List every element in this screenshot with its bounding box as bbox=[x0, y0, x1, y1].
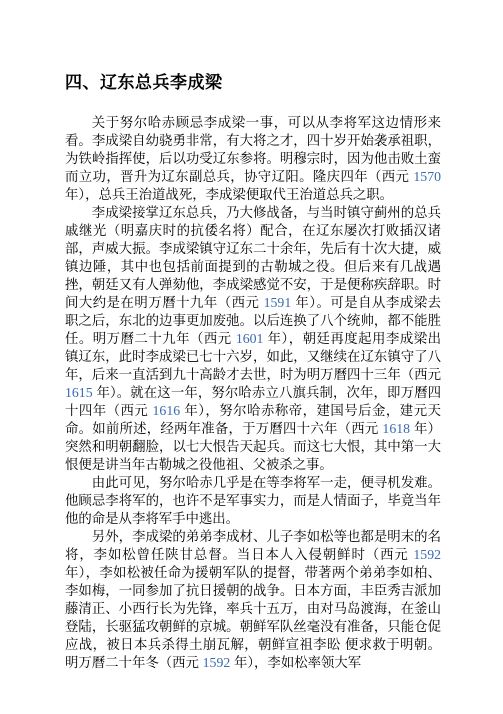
year-number: 1592 bbox=[203, 655, 231, 670]
paragraph: 另外，李成梁的弟弟李成材、儿子李如松等也都是明末的名将，李如松曾任陕甘总督。当日… bbox=[65, 528, 441, 672]
text-run: 年），李如松率领大军 bbox=[230, 655, 361, 670]
text-run: 另外，李成梁的弟弟李成材、儿子李如松等也都是明末的名将，李如松曾任陕甘总督。当日… bbox=[65, 529, 441, 562]
document-title: 四、辽东总兵李成梁 bbox=[65, 73, 441, 92]
year-number: 1615 bbox=[65, 385, 93, 400]
year-number: 1570 bbox=[413, 169, 441, 184]
year-number: 1616 bbox=[153, 403, 181, 418]
year-number: 1618 bbox=[382, 421, 410, 436]
text-run: 年），总兵王治道战死，李成梁便取代王治道总兵之职。 bbox=[65, 187, 393, 202]
paragraph: 由此可见，努尔哈赤几乎是在等李将军一走，便寻机发难。他顾忌李将军的，也许不是军事… bbox=[65, 474, 441, 528]
document-content: 四、辽东总兵李成梁 关于努尔哈赤顾忌李成梁一事，可以从李将军这边情形来看。李成梁… bbox=[65, 73, 441, 672]
text-run: 关于努尔哈赤顾忌李成梁一事，可以从李将军这边情形来看。李成梁自幼骁勇非常，有大将… bbox=[65, 115, 441, 184]
text-run: 由此可见，努尔哈赤几乎是在等李将军一走，便寻机发难。他顾忌李将军的，也许不是军事… bbox=[65, 475, 441, 526]
year-number: 1601 bbox=[236, 331, 264, 346]
document-page: 四、辽东总兵李成梁 关于努尔哈赤顾忌李成梁一事，可以从李将军这边情形来看。李成梁… bbox=[0, 0, 503, 714]
document-body: 关于努尔哈赤顾忌李成梁一事，可以从李将军这边情形来看。李成梁自幼骁勇非常，有大将… bbox=[65, 114, 441, 672]
year-number: 1591 bbox=[264, 295, 292, 310]
paragraph: 关于努尔哈赤顾忌李成梁一事，可以从李将军这边情形来看。李成梁自幼骁勇非常，有大将… bbox=[65, 114, 441, 204]
year-number: 1592 bbox=[413, 547, 441, 562]
paragraph: 李成梁接掌辽东总兵，乃大修战备，与当时镇守蓟州的总兵戚继光（明嘉庆时的抗倭名将）… bbox=[65, 204, 441, 474]
